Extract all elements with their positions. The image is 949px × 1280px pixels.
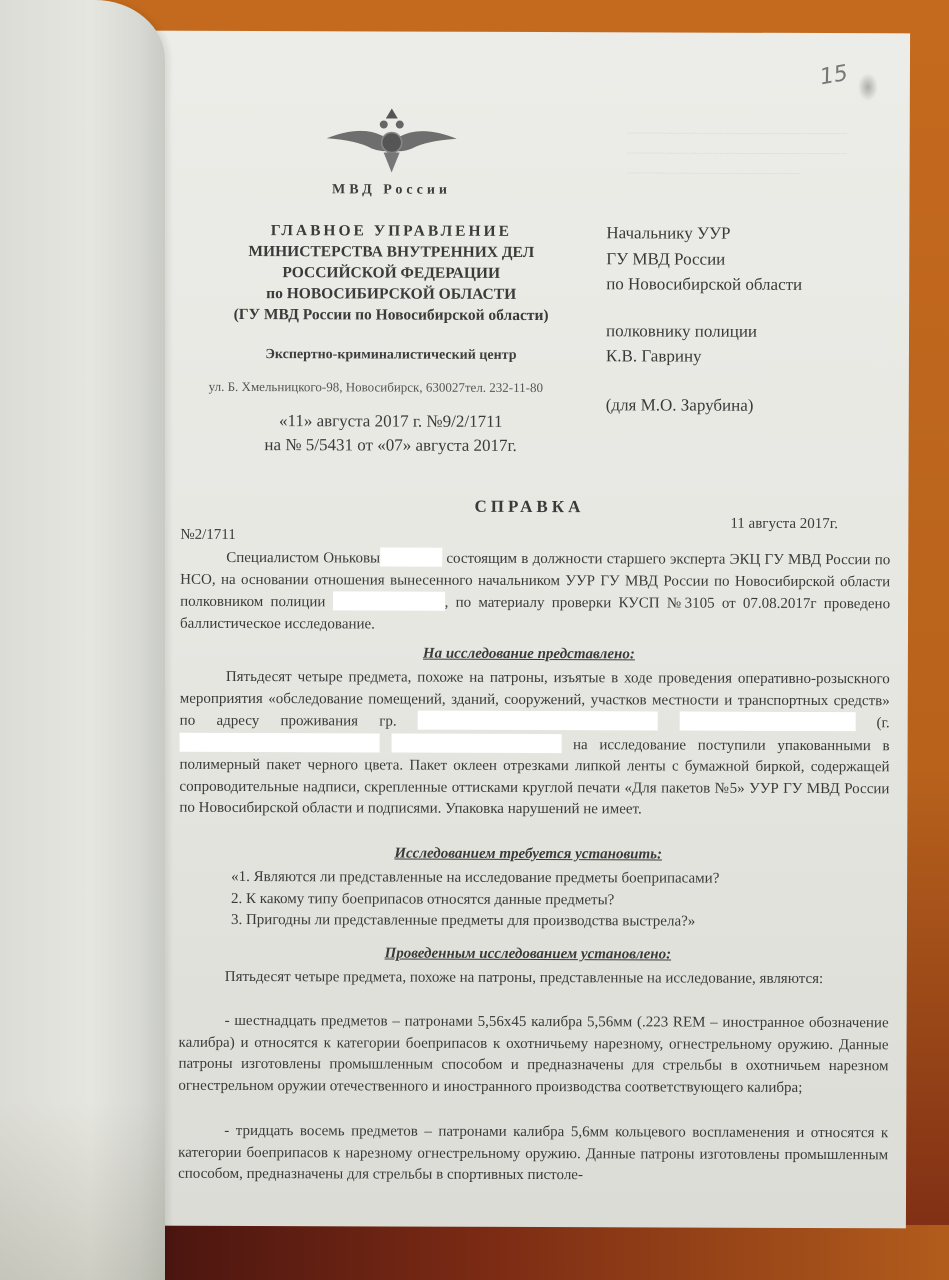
department-address: ул. Б. Хмельницкого-98, Новосибирск, 630… [151,379,601,397]
question-item: 3. Пригодны ли представленные предметы д… [231,910,719,933]
section-heading-submitted: На исследование представлено: [150,645,908,665]
org-line: ГЛАВНОЕ УПРАВЛЕНИЕ [181,220,601,242]
addressee-line: Начальнику УУР [606,220,886,246]
findings-item-1: - шестнадцать предметов – патронами 5,56… [178,1011,888,1099]
document-date: 11 августа 2017г. [730,516,838,533]
redaction-box [391,733,561,753]
redaction-box [180,732,380,752]
addressee-line: по Новосибирской области [606,271,886,297]
binder-left-page-shadow [0,1100,165,1280]
letter-date: «11» августа 2017 г. №9/2/1711 [181,411,601,432]
org-line: МИНИСТЕРСТВА ВНУТРЕННИХ ДЕЛ [181,241,601,263]
document-number: №2/1711 [180,527,235,544]
redaction-box [418,711,658,731]
section-heading-findings: Проведенным исследованием установлено: [149,945,907,965]
handwritten-page-number: 15 [818,61,850,90]
intro-paragraph: Специалистом Оньковы состоящим в должнос… [180,547,890,637]
submitted-paragraph: Пятьдесят четыре предмета, похоже на пат… [179,667,890,822]
bleed-through-text: ᅳᅳᅳᅳᅳᅳᅳᅳᅳᅳᅳᅳᅳᅳᅳᅳᅳᅳᅳ [627,144,847,162]
redaction-box [380,547,442,566]
redaction-box [333,591,445,610]
addressee-attention: (для М.О. Зарубина) [606,392,886,418]
addressee-block: Начальнику УУР ГУ МВД России по Новосиби… [606,220,887,418]
org-line: (ГУ МВД России по Новосибирской области) [181,304,601,326]
org-line: РОССИЙСКОЙ ФЕДЕРАЦИИ [181,262,601,284]
department-name: Экспертно-криминалистический центр [181,347,601,364]
question-item: 2. К какому типу боеприпасов относятся д… [231,888,719,911]
addressee-name: К.В. Гаврину [606,343,886,369]
findings-intro: Пятьдесят четыре предмета, похоже на пат… [179,967,889,991]
section-heading-questions: Исследованием требуется установить: [149,845,907,865]
question-item: «1. Являются ли представленные на исслед… [231,867,719,890]
mvd-eagle-emblem-icon [322,106,462,176]
ink-smudge [858,73,878,101]
redaction-box [679,712,855,732]
agency-short-name: МВД России [182,182,602,199]
bleed-through-text: ᅳᅳᅳᅳᅳᅳᅳᅳᅳᅳᅳᅳᅳᅳᅳᅳᅳᅳᅳ [627,124,847,142]
questions-list: «1. Являются ли представленные на исслед… [231,867,719,933]
addressee-line: ГУ МВД России [606,246,886,272]
org-line: по НОВОСИБИРСКОЙ ОБЛАСТИ [181,283,601,305]
addressee-rank: полковнику полиции [606,318,886,344]
binder-left-page [0,0,165,1280]
table-surface-shadow [160,1225,949,1280]
document-sheet: ᅳᅳᅳᅳᅳᅳᅳᅳᅳᅳᅳᅳᅳᅳᅳᅳᅳᅳᅳ ᅳᅳᅳᅳᅳᅳᅳᅳᅳᅳᅳᅳᅳᅳᅳᅳᅳᅳᅳ … [148,31,910,1229]
letterhead: МВД России ГЛАВНОЕ УПРАВЛЕНИЕ МИНИСТЕРСТ… [181,106,602,456]
letter-reference: на № 5/5431 от «07» августа 2017г. [181,435,601,456]
bleed-through-text: ᅳᅳᅳᅳᅳᅳᅳᅳᅳᅳᅳᅳᅳᅳᅳ [627,164,801,182]
findings-item-2: - тридцать восемь предметов – патронами … [178,1121,888,1188]
document-title: СПРАВКА [150,496,908,519]
